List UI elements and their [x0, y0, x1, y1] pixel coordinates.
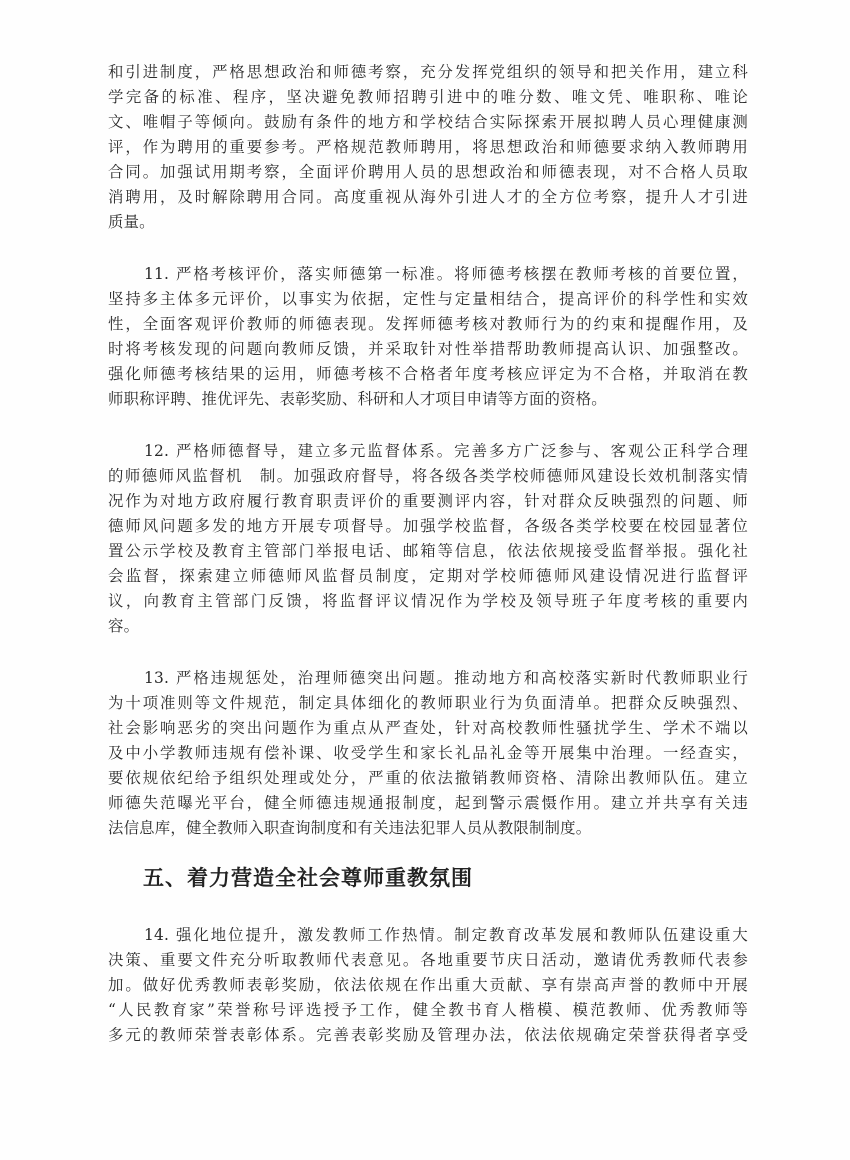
paragraph-13: 13. 严格违规惩处，治理师德突出问题。推动地方和高校落实新时代教师职业行 为十…: [108, 666, 748, 841]
text-line: 评，作为聘用的重要参考。严格规范教师聘用，将思想政治和师德要求纳入教师聘用: [108, 135, 748, 160]
text-line: 要依规依纪给予组织处理或处分，严重的依法撤销教师资格、清除出教师队伍。建立: [108, 766, 748, 791]
text-line: 议，向教育主管部门反馈，将监督评议情况作为学校及领导班子年度考核的重要内: [108, 589, 748, 614]
paragraph-continued: 和引进制度，严格思想政治和师德考察，充分发挥党组织的领导和把关作用，建立科 学完…: [108, 60, 748, 235]
text-line: 坚持多主体多元评价，以事实为依据，定性与定量相结合，提高评价的科学性和实效: [108, 287, 748, 312]
text-line: 师德失范曝光平台，健全师德违规通报制度，起到警示震慑作用。建立并共享有关违: [108, 791, 748, 816]
text-line: 师职称评聘、推优评先、表彰奖励、科研和人才项目申请等方面的资格。: [108, 387, 748, 412]
text-line: 社会影响恶劣的突出问题作为重点从严查处，针对高校教师性骚扰学生、学术不端以: [108, 716, 748, 741]
text-line: 12. 严格师德督导，建立多元监督体系。完善多方广泛参与、客观公正科学合理: [108, 439, 748, 464]
text-line: 为十项准则等文件规范，制定具体细化的教师职业行为负面清单。把群众反映强烈、: [108, 691, 748, 716]
text-line: 加。做好优秀教师表彰奖励，依法依规在作出重大贡献、享有崇高声誉的教师中开展: [108, 973, 748, 998]
paragraph-14: 14. 强化地位提升，激发教师工作热情。制定教育改革发展和教师队伍建设重大 决策…: [108, 923, 748, 1048]
text-line: 多元的教师荣誉表彰体系。完善表彰奖励及管理办法，依法依规确定荣誉获得者享受: [108, 1023, 748, 1048]
text-line: “人民教育家”荣誉称号评选授予工作，健全教书育人楷模、模范教师、优秀教师等: [108, 998, 748, 1023]
text-line: 强化师德考核结果的运用，师德考核不合格者年度考核应评定为不合格，并取消在教: [108, 362, 748, 387]
text-line: 法信息库，健全教师入职查询制度和有关违法犯罪人员从教限制制度。: [108, 816, 748, 841]
text-line: 况作为对地方政府履行教育职责评价的重要测评内容，针对群众反映强烈的问题、师: [108, 489, 748, 514]
text-line: 的师德师风监督机 制。加强政府督导，将各级各类学校师德师风建设长效机制落实情: [108, 464, 748, 489]
text-line: 决策、重要文件充分听取教师代表意见。各地重要节庆日活动，邀请优秀教师代表参: [108, 948, 748, 973]
text-line: 13. 严格违规惩处，治理师德突出问题。推动地方和高校落实新时代教师职业行: [108, 666, 748, 691]
text-line: 容。: [108, 614, 748, 639]
text-line: 及中小学教师违规有偿补课、收受学生和家长礼品礼金等开展集中治理。一经查实，: [108, 741, 748, 766]
text-line: 14. 强化地位提升，激发教师工作热情。制定教育改革发展和教师队伍建设重大: [108, 923, 748, 948]
text-line: 文、唯帽子等倾向。鼓励有条件的地方和学校结合实际探索开展拟聘人员心理健康测: [108, 110, 748, 135]
text-line: 会监督，探索建立师德师风监督员制度，定期对学校师德师风建设情况进行监督评: [108, 564, 748, 589]
text-line: 性，全面客观评价教师的师德表现。发挥师德考核对教师行为的约束和提醒作用，及: [108, 312, 748, 337]
text-line: 合同。加强试用期考察，全面评价聘用人员的思想政治和师德表现，对不合格人员取: [108, 160, 748, 185]
document-page: 和引进制度，严格思想政治和师德考察，充分发挥党组织的领导和把关作用，建立科 学完…: [0, 0, 850, 1160]
paragraph-12: 12. 严格师德督导，建立多元监督体系。完善多方广泛参与、客观公正科学合理 的师…: [108, 439, 748, 639]
text-line: 质量。: [108, 210, 748, 235]
paragraph-11: 11. 严格考核评价，落实师德第一标准。将师德考核摆在教师考核的首要位置， 坚持…: [108, 262, 748, 412]
section-heading: 五、着力营造全社会尊师重教氛围: [143, 862, 473, 894]
text-line: 和引进制度，严格思想政治和师德考察，充分发挥党组织的领导和把关作用，建立科: [108, 60, 748, 85]
text-line: 11. 严格考核评价，落实师德第一标准。将师德考核摆在教师考核的首要位置，: [108, 262, 748, 287]
text-line: 消聘用，及时解除聘用合同。高度重视从海外引进人才的全方位考察，提升人才引进: [108, 185, 748, 210]
text-line: 时将考核发现的问题向教师反馈，并采取针对性举措帮助教师提高认识、加强整改。: [108, 337, 748, 362]
text-line: 学完备的标准、程序，坚决避免教师招聘引进中的唯分数、唯文凭、唯职称、唯论: [108, 85, 748, 110]
text-line: 德师风问题多发的地方开展专项督导。加强学校监督，各级各类学校要在校园显著位: [108, 514, 748, 539]
text-line: 置公示学校及教育主管部门举报电话、邮箱等信息，依法依规接受监督举报。强化社: [108, 539, 748, 564]
